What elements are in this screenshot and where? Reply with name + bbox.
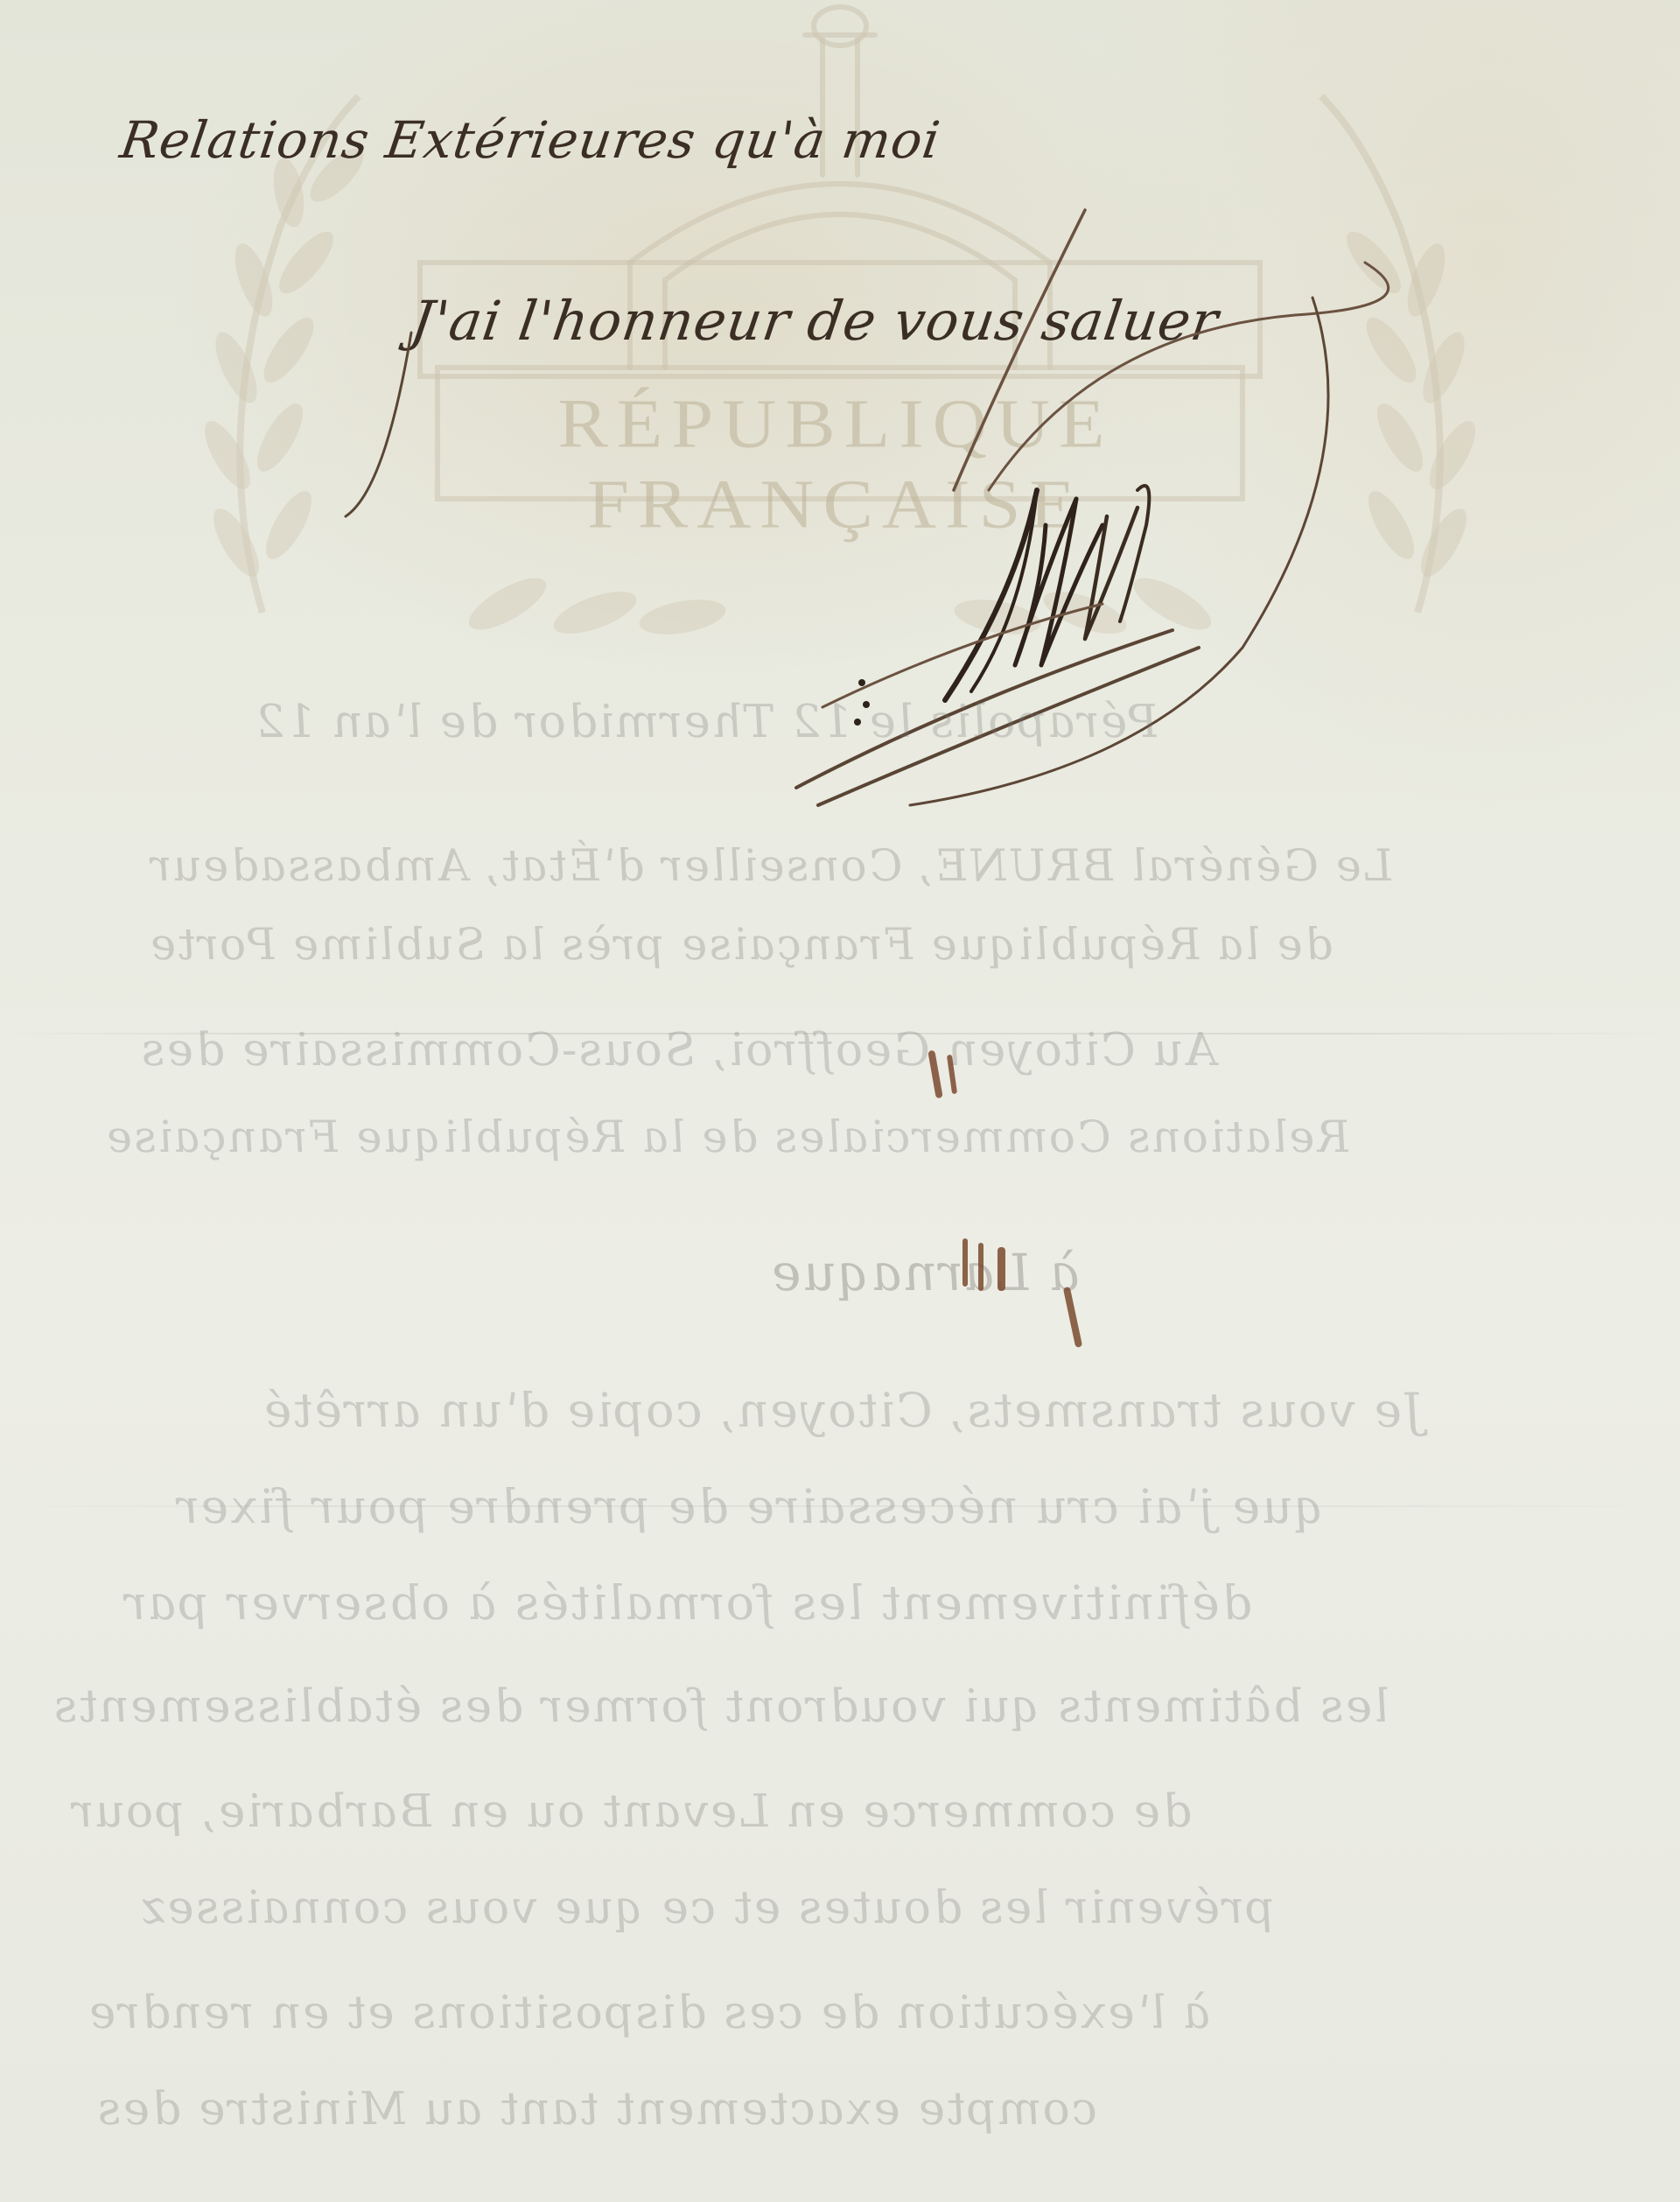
show-through-line: Relations Commerciales de la République …: [101, 1112, 1354, 1162]
show-through-line: les bâtiments qui voudront former des ét…: [49, 1680, 1393, 1733]
handwritten-line-relations: Relations Extérieures qu'à moi: [116, 110, 944, 170]
show-through-line: que j'ai cru nécessaire de prendre pour …: [171, 1479, 1329, 1534]
handwritten-line-salutation: J'ai l'honneur de vous saluer: [407, 289, 1222, 353]
show-through-line: Le Général BRUNE, Conseiller d'État, Amb…: [145, 840, 1396, 891]
show-through-line: à Larnaque: [766, 1243, 1084, 1302]
ink-bleed-stain: [978, 1243, 983, 1291]
show-through-line: à l'exécution de ces dispositions et en …: [84, 1987, 1214, 2039]
show-through-line: Au Citoyen Geoffroi, Sous-Commissaire de…: [136, 1024, 1221, 1076]
show-through-line: de commerce en Levant ou en Barbarie, po…: [66, 1785, 1195, 1838]
show-through-line: de la République Française près la Subli…: [145, 919, 1336, 970]
ink-bleed-stain: [997, 1247, 1005, 1291]
show-through-line: Pérapolis le 12 Thermidor de l'an 12: [250, 696, 1162, 748]
show-through-line: compte exactement tant au Ministre des: [93, 2083, 1102, 2135]
show-through-line: Je vous transmets, Citoyen, copie d'un a…: [259, 1383, 1427, 1438]
ink-bleed-stain: [962, 1238, 968, 1287]
show-through-line: définitivement les formalités à observer…: [119, 1575, 1256, 1630]
letterhead-title: RÉPUBLIQUE FRANÇAISE: [376, 383, 1295, 544]
show-through-line: prévenir les doutes et ce que vous conna…: [136, 1882, 1278, 1934]
letter-sheet: RÉPUBLIQUE FRANÇAISE Relations Extérieur…: [0, 0, 1680, 2202]
